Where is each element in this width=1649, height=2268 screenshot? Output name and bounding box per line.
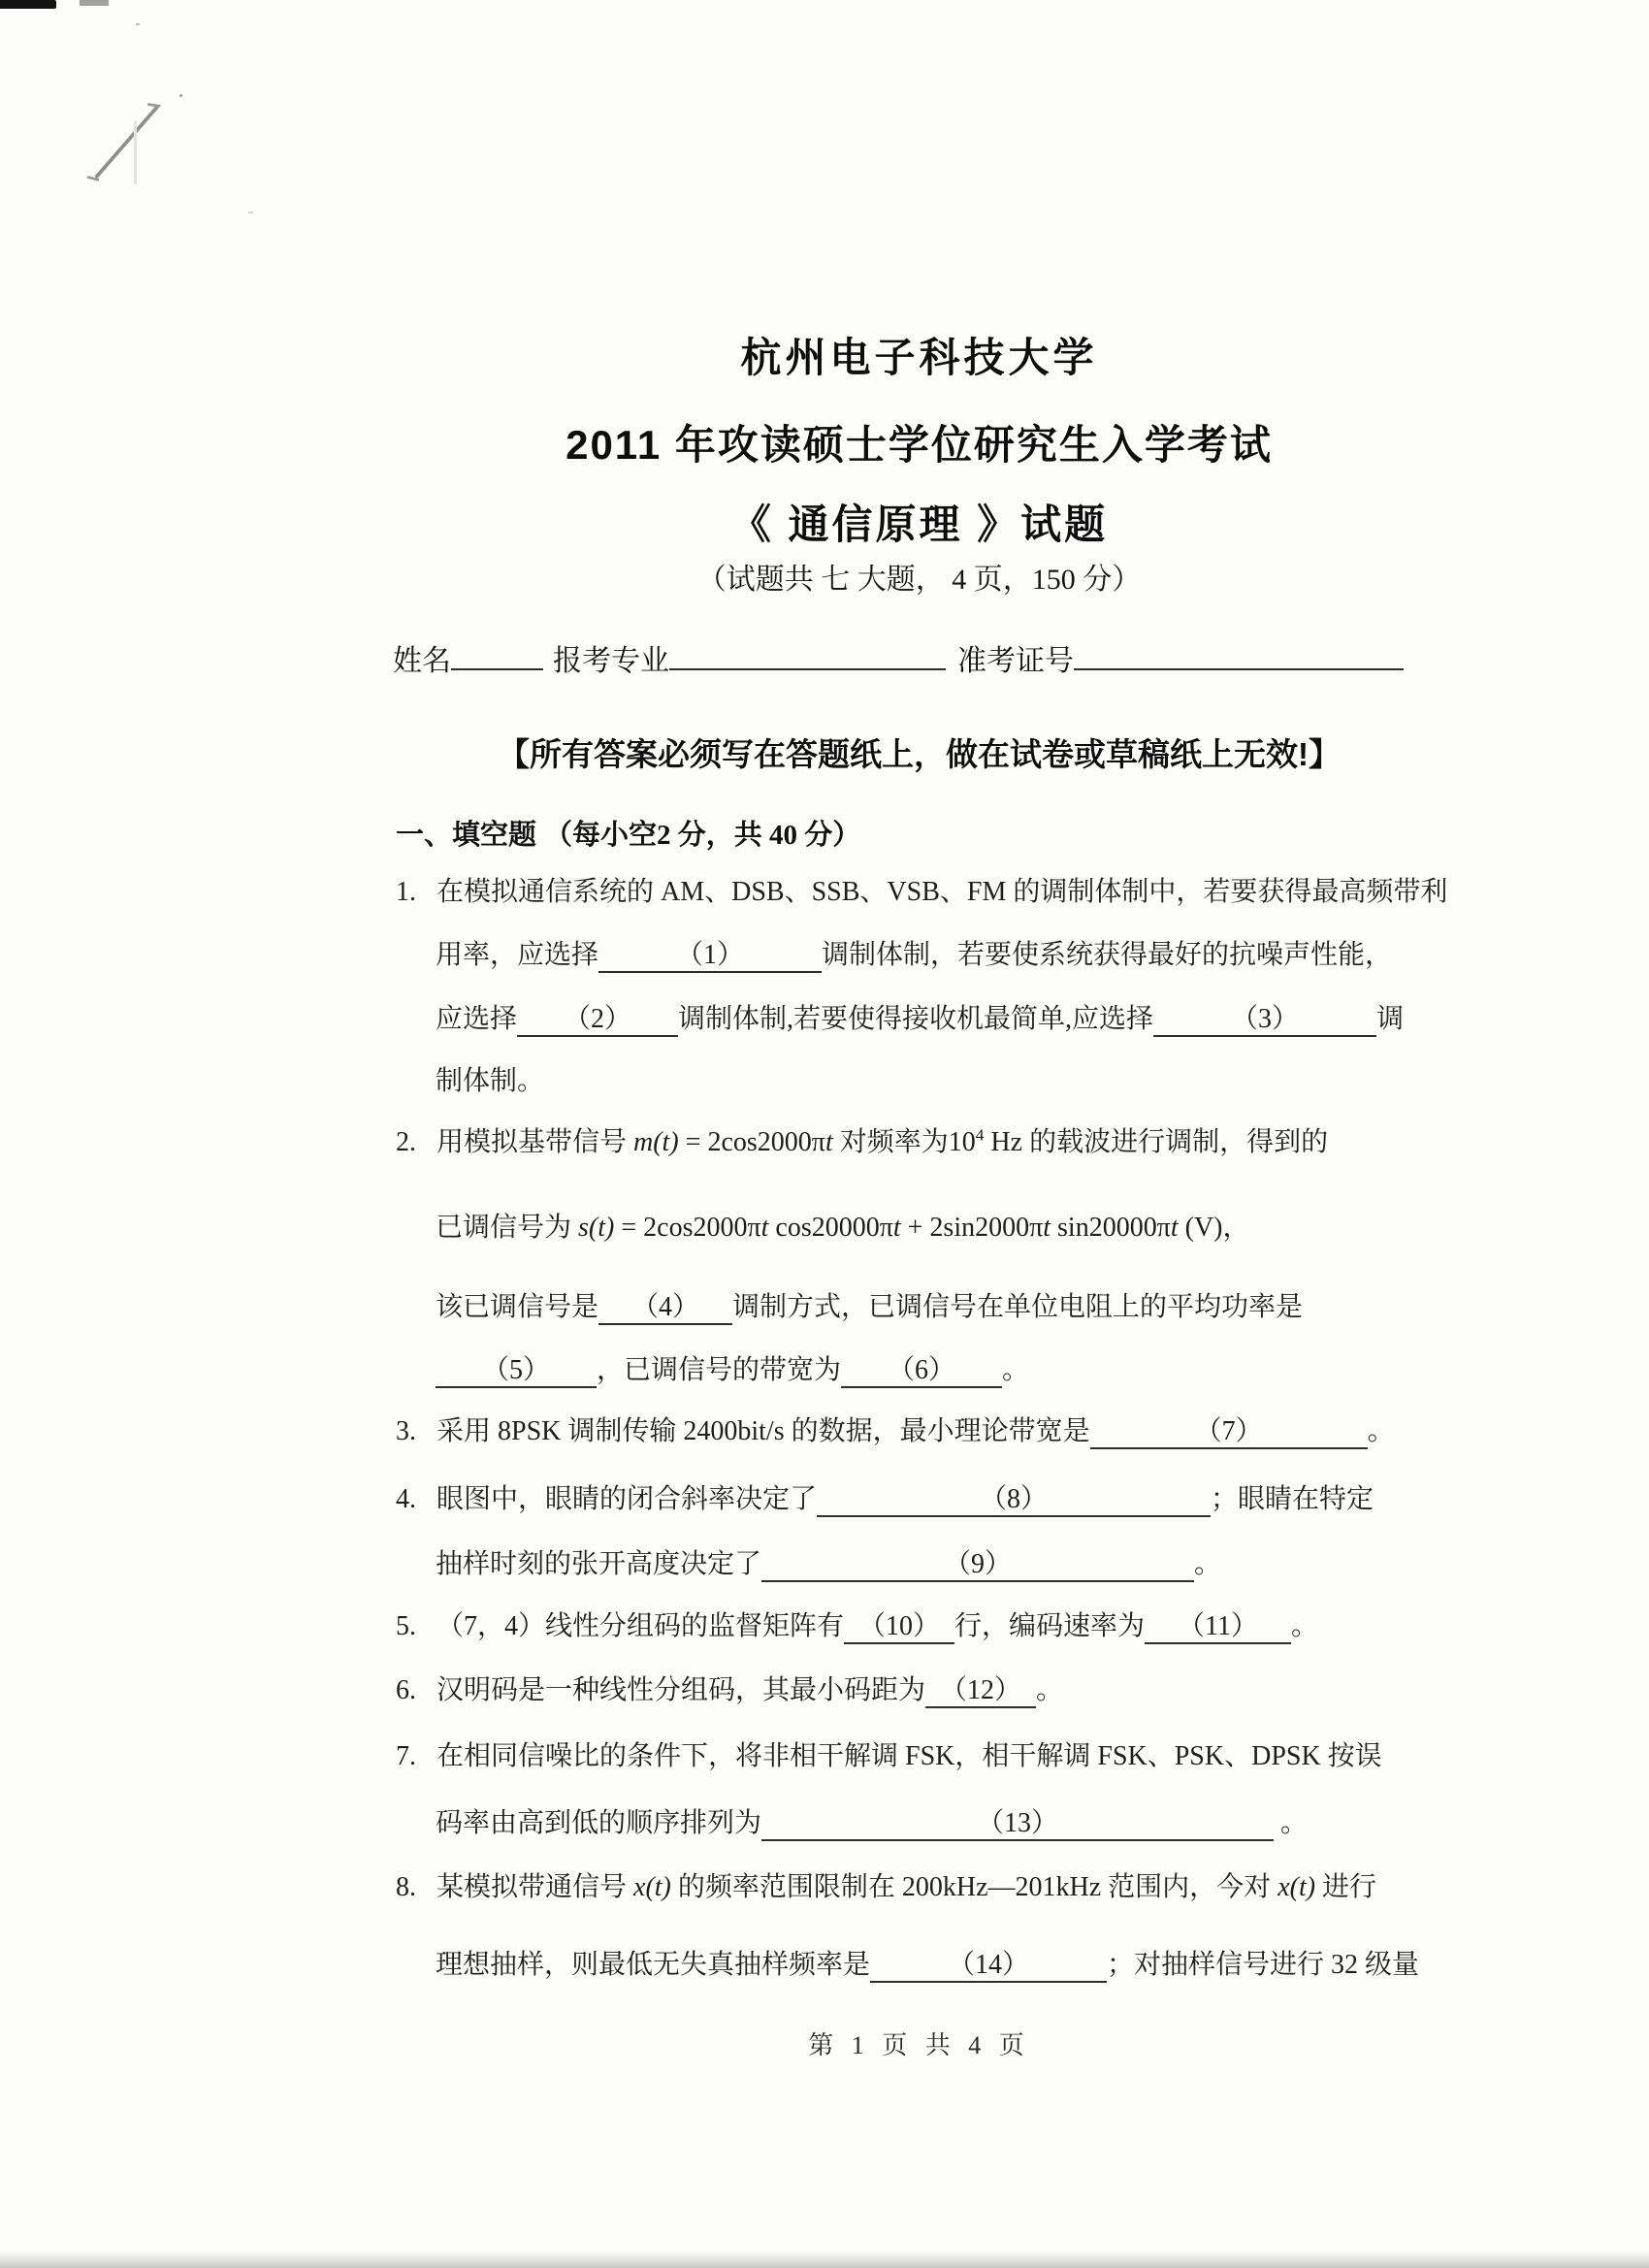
answer-sheet-notice: 【所有答案必须写在答题纸上，做在试卷或草稿纸上无效!】 — [393, 729, 1445, 775]
formula-variable: x(t) — [1277, 1872, 1315, 1902]
text-run: 调制方式，已调信号在单位电阻上的平均功率是 — [732, 1292, 1303, 1322]
blank-field: （2） — [517, 1004, 678, 1037]
question-1-line-1: 1.在模拟通信系统的 AM、DSB、SSB、VSB、FM 的调制体制中，若要获得… — [396, 870, 1447, 909]
scan-bottom-shadow — [0, 2252, 1649, 2268]
text-run: 。 — [1368, 1416, 1395, 1446]
text-run: 抽样时刻的张开高度决定了 — [436, 1549, 761, 1579]
formula-variable: m(t) — [633, 1127, 679, 1157]
blank-field: （4） — [598, 1292, 732, 1325]
text-run: Hz 的载波进行调制，得到的 — [984, 1127, 1328, 1157]
blank-field: （5） — [436, 1355, 597, 1388]
name-blank-underline — [451, 639, 543, 670]
scanner-edge-mark — [0, 0, 56, 9]
question-5-line-1: 5.（7，4）线性分组码的监督矩阵有（10）行，编码速率为（11）。 — [396, 1604, 1318, 1644]
blank-field: （8） — [817, 1484, 1211, 1517]
section-title-note: （每小空2 分，共 40 分） — [544, 820, 860, 851]
blank-field: （12） — [925, 1675, 1036, 1708]
text-run: 已调信号为 — [436, 1213, 578, 1243]
text-run: 眼图中，眼睛的闭合斜率决定了 — [436, 1484, 817, 1514]
dust-speck — [248, 211, 253, 213]
question-1-line-2: 用率，应选择（1）调制体制，若要使系统获得最好的抗噪声性能， — [436, 933, 1392, 973]
blank-field: （9） — [761, 1549, 1194, 1582]
text-run: ；眼睛在特定 — [1211, 1484, 1374, 1514]
text-run: 行，编码速率为 — [954, 1611, 1145, 1641]
page-footer: 第 1 页 共 4 页 — [393, 2025, 1445, 2061]
question-number: 8. — [396, 1872, 436, 1903]
text-run: 调 — [1376, 1004, 1404, 1034]
formula-variable: t — [1171, 1213, 1179, 1243]
subject-title: 《 通信原理 》试题 — [393, 493, 1445, 551]
text-run: 调制体制,若要使得接收机最简单,应选择 — [678, 1004, 1153, 1034]
paper-crease — [134, 121, 137, 184]
text-run: 采用 8PSK 调制传输 2400bit/s 的数据，最小理论带宽是 — [436, 1416, 1090, 1446]
question-2-line-2: 已调信号为 s(t) = 2cos2000πt cos20000πt + 2si… — [436, 1206, 1250, 1245]
text-run: 用率，应选择 — [436, 940, 598, 970]
candidate-info-line: 姓名报考专业准考证号 — [393, 636, 1445, 679]
name-label: 姓名 — [393, 645, 451, 677]
text-run: 。 — [1002, 1355, 1029, 1385]
blank-field: （3） — [1153, 1004, 1376, 1037]
question-2-line-1: 2.用模拟基带信号 m(t) = 2cos2000πt 对频率为104 Hz 的… — [396, 1120, 1328, 1159]
blank-field: （13） — [761, 1808, 1274, 1841]
text-run: 理想抽样，则最低无失真抽样频率是 — [436, 1950, 870, 1980]
scanner-edge-mark-2 — [80, 0, 109, 6]
text-run: 该已调信号是 — [436, 1292, 598, 1322]
text-run: 。 — [1194, 1549, 1221, 1579]
question-number: 6. — [396, 1675, 436, 1706]
formula-variable: s(t) — [578, 1213, 614, 1243]
dust-speck — [136, 23, 140, 25]
question-2-line-4: （5），已调信号的带宽为（6）。 — [436, 1348, 1029, 1388]
text-run: = 2cos2000π — [679, 1127, 825, 1157]
question-8-line-2: 理想抽样，则最低无失真抽样频率是（14）；对抽样信号进行 32 级量 — [436, 1943, 1419, 1983]
question-number: 4. — [396, 1484, 436, 1515]
text-run: = 2cos2000π — [614, 1213, 760, 1243]
exam-title: 2011 年攻读硕士学位研究生入学考试 — [393, 413, 1445, 471]
question-number: 5. — [396, 1611, 436, 1642]
text-run: ，已调信号的带宽为 — [597, 1355, 841, 1385]
exam-page-scan: 杭州电子科技大学 2011 年攻读硕士学位研究生入学考试 《 通信原理 》试题 … — [0, 0, 1649, 2268]
blank-field: （14） — [870, 1950, 1107, 1983]
text-run: （7，4）线性分组码的监督矩阵有 — [436, 1611, 844, 1641]
university-title: 杭州电子科技大学 — [393, 326, 1445, 384]
formula-variable: t — [1043, 1213, 1051, 1243]
text-run: 进行 — [1315, 1872, 1376, 1902]
formula-variable: t — [825, 1127, 833, 1157]
blank-field: （10） — [844, 1611, 954, 1644]
blank-field: （1） — [598, 940, 822, 973]
ticket-blank-underline — [1074, 639, 1404, 670]
text-run: ；对抽样信号进行 32 级量 — [1107, 1950, 1419, 1980]
text-run: 汉明码是一种线性分组码，其最小码距为 — [436, 1675, 925, 1705]
section-title-main: 一、填空题 — [396, 820, 536, 851]
question-4-line-2: 抽样时刻的张开高度决定了（9）。 — [436, 1542, 1221, 1582]
blank-field: （11） — [1145, 1611, 1291, 1644]
text-run: 制体制。 — [436, 1066, 544, 1096]
question-4-line-1: 4.眼图中，眼睛的闭合斜率决定了（8）；眼睛在特定 — [396, 1477, 1374, 1517]
text-run: 用模拟基带信号 — [436, 1127, 633, 1157]
text-run: (V)， — [1179, 1213, 1250, 1243]
question-number: 1. — [396, 877, 436, 908]
formula-variable: t — [893, 1213, 901, 1243]
text-run: 在相同信噪比的条件下，将非相干解调 FSK，相干解调 FSK、PSK、DPSK … — [436, 1741, 1382, 1771]
text-run: cos20000π — [768, 1213, 892, 1243]
blank-field: （6） — [841, 1355, 1002, 1388]
text-run: 对频率为10 — [833, 1127, 976, 1157]
text-run: 。 — [1274, 1808, 1308, 1838]
exam-meta-line: （试题共 七 大题， 4 页，150 分） — [393, 555, 1445, 598]
pen-slash-mark — [94, 105, 159, 179]
major-blank-underline — [669, 639, 946, 670]
question-1-line-4: 制体制。 — [436, 1059, 544, 1098]
question-6-line-1: 6.汉明码是一种线性分组码，其最小码距为（12）。 — [396, 1669, 1063, 1708]
section-title: 一、填空题（每小空2 分，共 40 分） — [396, 813, 860, 853]
text-run: 某模拟带通信号 — [436, 1872, 633, 1902]
ticket-label: 准考证号 — [957, 645, 1074, 677]
text-run: 的频率范围限制在 200kHz—201kHz 范围内，今对 — [671, 1872, 1277, 1902]
question-1-line-3: 应选择（2）调制体制,若要使得接收机最简单,应选择（3）调 — [436, 997, 1404, 1037]
question-7-line-2: 码率由高到低的顺序排列为（13） 。 — [436, 1801, 1308, 1841]
formula-variable: x(t) — [633, 1872, 671, 1902]
question-number: 3. — [396, 1416, 436, 1447]
text-run: + 2sin2000π — [901, 1213, 1044, 1243]
question-number: 2. — [396, 1127, 436, 1158]
major-label: 报考专业 — [553, 645, 669, 677]
question-2-line-3: 该已调信号是（4）调制方式，已调信号在单位电阻上的平均功率是 — [436, 1285, 1303, 1325]
text-run: 。 — [1036, 1675, 1063, 1705]
blank-field: （7） — [1090, 1416, 1368, 1449]
text-run: 。 — [1291, 1611, 1318, 1641]
question-7-line-1: 7.在相同信噪比的条件下，将非相干解调 FSK，相干解调 FSK、PSK、DPS… — [396, 1734, 1382, 1773]
text-run: sin20000π — [1051, 1213, 1171, 1243]
dust-speck — [179, 94, 182, 97]
text-run: 应选择 — [436, 1004, 517, 1034]
text-run: 调制体制，若要使系统获得最好的抗噪声性能， — [822, 940, 1392, 970]
question-3-line-1: 3.采用 8PSK 调制传输 2400bit/s 的数据，最小理论带宽是（7）。 — [396, 1409, 1395, 1449]
question-8-line-1: 8.某模拟带通信号 x(t) 的频率范围限制在 200kHz—201kHz 范围… — [396, 1865, 1376, 1904]
text-run: 在模拟通信系统的 AM、DSB、SSB、VSB、FM 的调制体制中，若要获得最高… — [436, 877, 1447, 907]
text-run: 码率由高到低的顺序排列为 — [436, 1808, 761, 1838]
question-number: 7. — [396, 1741, 436, 1772]
